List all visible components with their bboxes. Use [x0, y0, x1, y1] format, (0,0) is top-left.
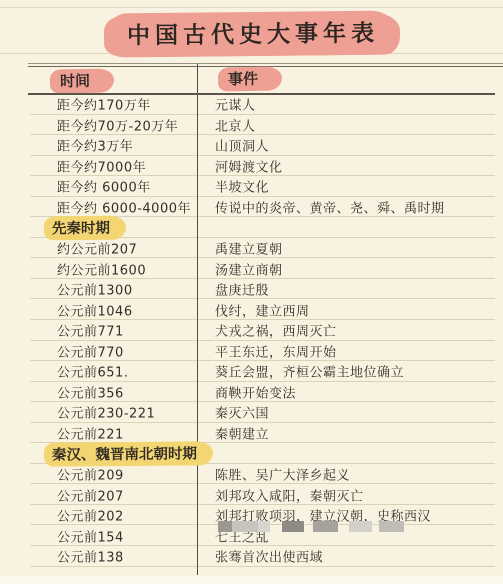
table-row: 公元前651. 葵丘会盟，齐桓公霸主地位确立	[0, 361, 503, 382]
page-title: 中国古代史大事年表	[108, 11, 394, 57]
event-cell: 禹建立夏朝	[215, 239, 283, 258]
top-rule-line	[28, 63, 503, 64]
event-cell: 山顶洞人	[215, 136, 269, 155]
event-cell: 陈胜、吴广大泽乡起义	[215, 465, 350, 484]
time-cell: 公元前221	[57, 424, 124, 443]
time-cell: 距今约70万-20万年	[57, 115, 178, 134]
notebook-page: 中国古代史大事年表 时间 事件 距今约170万年 元谋人 距今约70万-20万年…	[0, 0, 503, 584]
table-row: 距今约 6000年 半坡文化	[0, 176, 503, 197]
time-cell: 距今约3万年	[57, 136, 133, 155]
table-row: 距今约70万-20万年 北京人	[0, 115, 503, 136]
time-cell: 公元前154	[57, 526, 124, 545]
time-cell: 公元前138	[57, 547, 124, 566]
table-row: 公元前209 陈胜、吴广大泽乡起义	[0, 464, 503, 485]
time-cell: 公元前230-221	[57, 403, 155, 422]
time-cell: 公元前202	[57, 506, 124, 525]
page-bottom-edge	[0, 576, 503, 584]
time-cell: 距今约 6000年	[57, 177, 151, 196]
table-row: 公元前1300 盘庚迁殷	[0, 279, 503, 300]
column-header-event: 事件	[218, 67, 282, 91]
table-row: 公元前230-221 秦灭六国	[0, 402, 503, 423]
table-row: 公元前207 刘邦攻入咸阳，秦朝灭亡	[0, 484, 503, 505]
time-cell: 公元前651.	[57, 362, 128, 381]
event-cell: 传说中的炎帝、黄帝、尧、舜、禹时期	[215, 198, 445, 217]
event-cell: 葵丘会盟，齐桓公霸主地位确立	[215, 362, 404, 381]
table-row: 公元前356 商鞅开始变法	[0, 382, 503, 403]
ruled-line	[0, 7, 503, 8]
table-row: 公元前1046 伐纣，建立西周	[0, 299, 503, 320]
table-row: 约公元前1600 汤建立商朝	[0, 258, 503, 279]
event-cell: 犬戎之祸，西周灭亡	[215, 321, 337, 340]
event-cell: 北京人	[215, 115, 256, 134]
section-header-qin-han: 秦汉、魏晋南北朝时期	[44, 441, 213, 466]
time-cell: 公元前771	[57, 321, 124, 340]
table-row: 公元前771 犬戎之祸，西周灭亡	[0, 320, 503, 341]
section-header-pre-qin: 先秦时期	[44, 215, 126, 240]
time-cell: 公元前207	[57, 485, 124, 504]
table-row: 公元前221 秦朝建立	[0, 423, 503, 444]
table-row: 公元前138 张骞首次出使西域	[0, 546, 503, 567]
event-cell: 商鞅开始变法	[215, 382, 296, 401]
event-cell: 张骞首次出使西域	[215, 547, 323, 566]
event-cell: 平王东迁，东周开始	[215, 341, 337, 360]
event-cell: 秦朝建立	[215, 424, 269, 443]
event-cell: 盘庚迁殷	[215, 280, 269, 299]
event-cell: 秦灭六国	[215, 403, 269, 422]
time-cell: 距今约170万年	[57, 95, 151, 114]
time-cell: 距今约 6000-4000年	[57, 198, 191, 217]
event-cell: 元谋人	[215, 95, 256, 114]
event-cell: 半坡文化	[215, 177, 269, 196]
time-cell: 公元前770	[57, 341, 124, 360]
time-cell: 公元前1300	[57, 280, 133, 299]
title-area: 中国古代史大事年表	[0, 12, 503, 55]
time-cell: 约公元前207	[57, 239, 137, 258]
time-cell: 距今约7000年	[57, 156, 146, 175]
table-row: 距今约 6000-4000年 传说中的炎帝、黄帝、尧、舜、禹时期	[0, 197, 503, 218]
event-cell: 河姆渡文化	[215, 156, 283, 175]
section-header-row: 秦汉、魏晋南北朝时期	[0, 443, 503, 464]
time-cell: 约公元前1600	[57, 259, 146, 278]
column-header-time: 时间	[50, 69, 114, 93]
section-header-row: 先秦时期	[0, 217, 503, 238]
pixelated-censor-block	[218, 521, 404, 532]
table-row: 公元前770 平王东迁，东周开始	[0, 341, 503, 362]
table-row: 距今约3万年 山顶洞人	[0, 135, 503, 156]
timeline-table: 距今约170万年 元谋人 距今约70万-20万年 北京人 距今约3万年 山顶洞人…	[0, 94, 503, 567]
event-cell: 汤建立商朝	[215, 259, 283, 278]
event-cell: 伐纣，建立西周	[215, 300, 310, 319]
time-cell: 公元前356	[57, 382, 124, 401]
table-row: 约公元前207 禹建立夏朝	[0, 238, 503, 259]
time-cell: 公元前1046	[57, 300, 133, 319]
time-cell: 公元前209	[57, 465, 124, 484]
table-row: 距今约170万年 元谋人	[0, 94, 503, 115]
table-row: 距今约7000年 河姆渡文化	[0, 156, 503, 177]
event-cell: 刘邦攻入咸阳，秦朝灭亡	[215, 485, 364, 504]
